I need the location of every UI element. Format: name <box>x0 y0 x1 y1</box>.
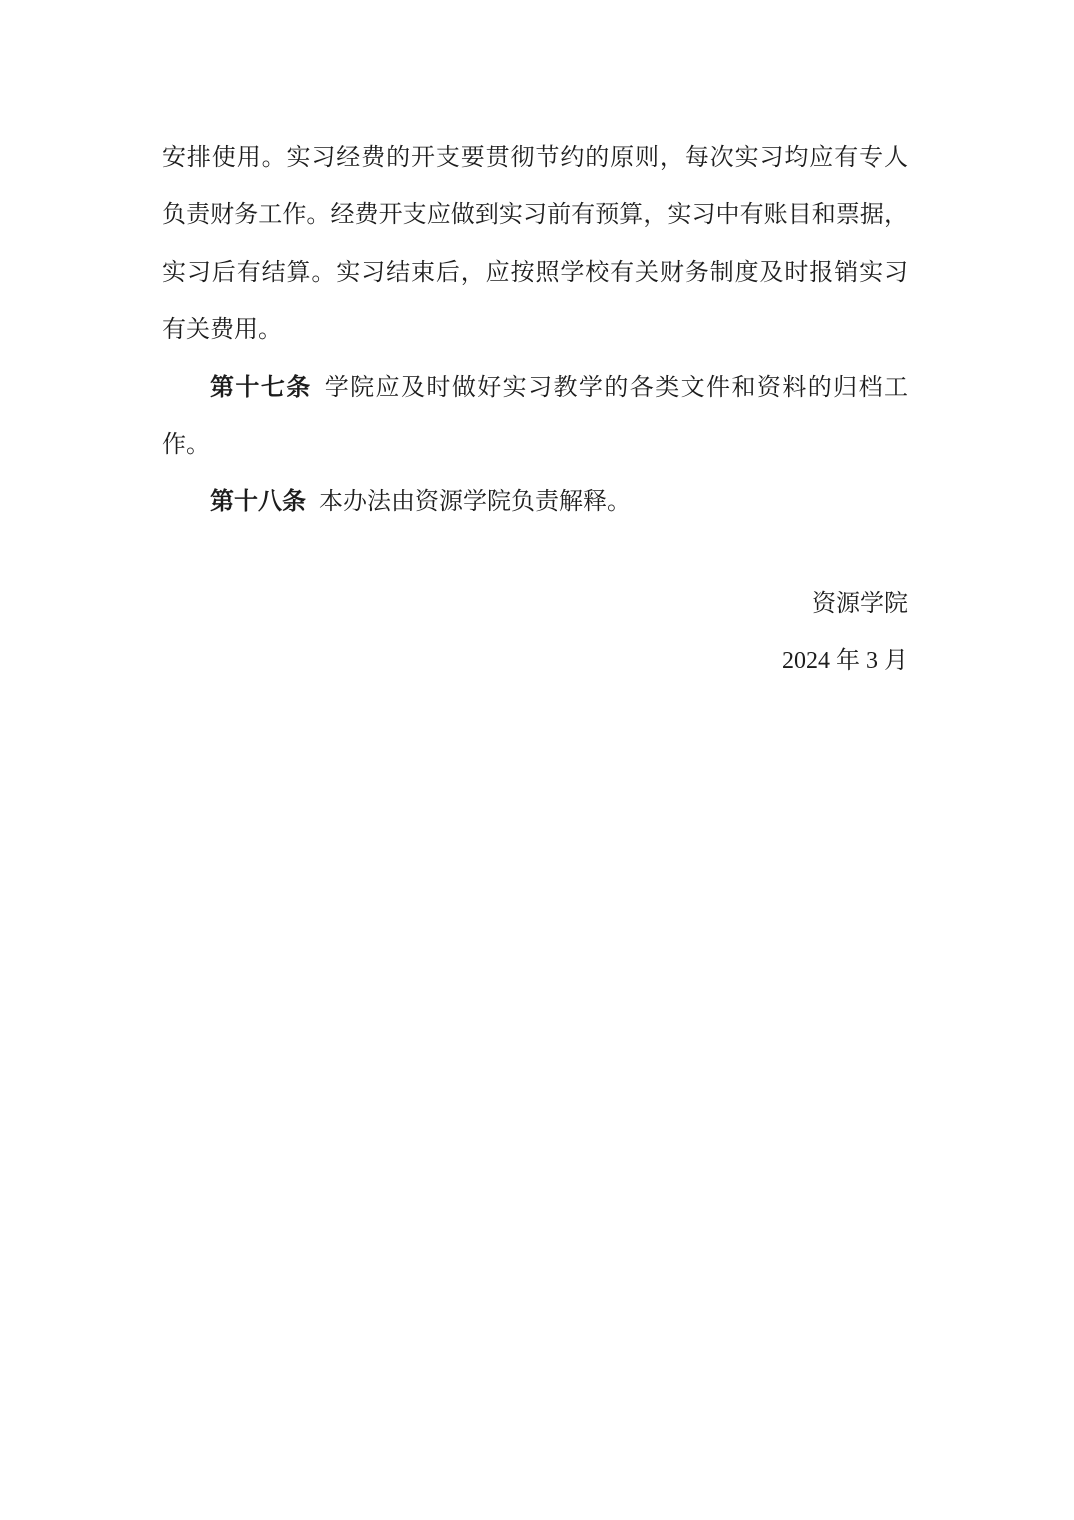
signature-block: 资源学院 2024 年 3 月 <box>162 576 908 691</box>
body-line: 安排使用。实习经费的开支要贯彻节约的原则，每次实习均应有专人 <box>162 130 908 187</box>
article-18-text: 本办法由资源学院负责解释。 <box>319 489 631 515</box>
article-17-number: 第十七条 <box>210 375 312 401</box>
signature-date: 2024 年 3 月 <box>162 633 908 690</box>
body-line: 实习后有结算。实习结束后，应按照学校有关财务制度及时报销实习 <box>162 245 908 302</box>
body-line: 负责财务工作。经费开支应做到实习前有预算，实习中有账目和票据， <box>162 187 908 244</box>
body-line: 第十八条本办法由资源学院负责解释。 <box>162 474 908 531</box>
body-line: 有关费用。 <box>162 302 908 359</box>
body-line: 作。 <box>162 417 908 474</box>
document-page: 安排使用。实习经费的开支要贯彻节约的原则，每次实习均应有专人 负责财务工作。经费… <box>0 0 1074 1520</box>
article-18-number: 第十八条 <box>210 489 306 515</box>
document-body: 安排使用。实习经费的开支要贯彻节约的原则，每次实习均应有专人 负责财务工作。经费… <box>162 130 908 532</box>
body-line: 第十七条学院应及时做好实习教学的各类文件和资料的归档工 <box>162 360 908 417</box>
article-17-text: 学院应及时做好实习教学的各类文件和资料的归档工 <box>325 375 908 401</box>
signature-org: 资源学院 <box>162 576 908 633</box>
